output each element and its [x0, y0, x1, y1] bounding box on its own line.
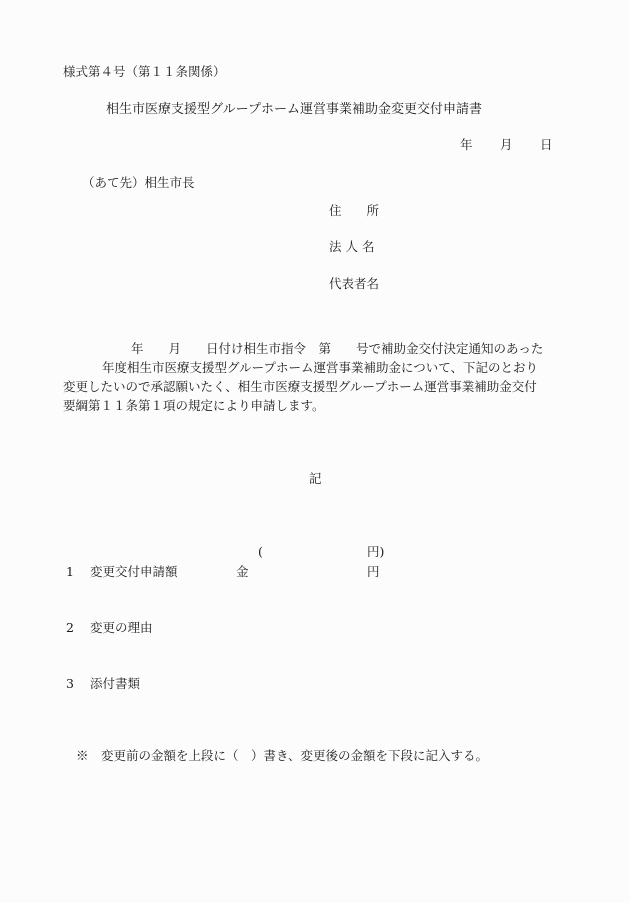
item-1-number: 1 [66, 566, 74, 579]
applicant-address-label: 住 所 [329, 205, 379, 218]
body-line-2: 年度相生市医療支援型グループホーム運営事業補助金について、下記のとおり [102, 362, 538, 375]
date-year-label: 年 [460, 139, 473, 152]
applicant-representative-label: 代表者名 [329, 278, 379, 291]
item-2-number: 2 [66, 622, 74, 635]
item-1-amount-suffix: 円 [367, 566, 380, 579]
applicant-corp-name-label: 法 人 名 [329, 241, 374, 254]
body-line-1: 年 月 日付け相生市指令 第 号で補助金交付決定通知のあった [131, 343, 543, 356]
document-title: 相生市医療支援型グループホーム運営事業補助金変更交付申請書 [106, 103, 482, 116]
item-3-number: 3 [66, 678, 74, 691]
date-day-label: 日 [540, 139, 553, 152]
date-month-label: 月 [500, 139, 513, 152]
form-number: 様式第４号（第１１条関係） [63, 66, 226, 79]
item-3-label: 添付書類 [90, 678, 140, 691]
ki-heading: 記 [309, 473, 322, 486]
item-2-label: 変更の理由 [90, 622, 153, 635]
item-1-amount-prefix: 金 [236, 566, 249, 579]
item-1-before-close: 円) [367, 546, 384, 559]
item-1-before-open-paren: ( [258, 546, 263, 559]
body-line-3: 変更したいので承認願いたく、相生市医療支援型グループホーム運営事業補助金交付 [63, 381, 537, 394]
item-1-label: 変更交付申請額 [90, 566, 178, 579]
body-line-4: 要綱第１１条第１項の規定により申請します。 [63, 400, 325, 413]
addressee: （あて先）相生市長 [82, 177, 195, 190]
footnote: ※ 変更前の金額を上段に（ ）書き、変更後の金額を下段に記入する。 [76, 750, 488, 763]
